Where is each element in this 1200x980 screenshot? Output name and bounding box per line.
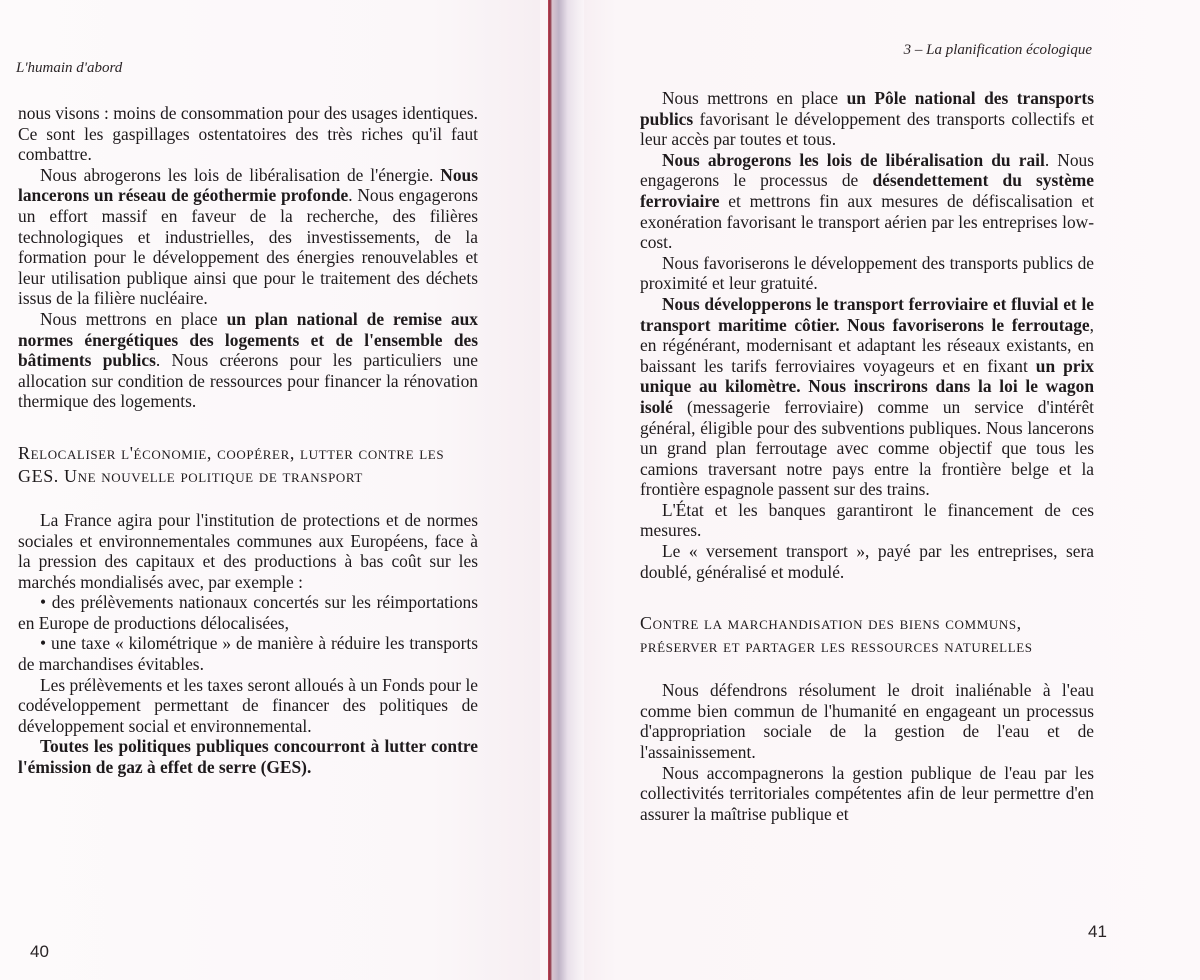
page-number-left: 40 <box>30 942 49 962</box>
paragraph: Nous défendrons résolument le droit inal… <box>640 680 1094 762</box>
paragraph: Les prélèvements et les taxes seront all… <box>18 675 478 737</box>
paragraph: Nous accompagnerons la gestion publique … <box>640 763 1094 825</box>
bullet-item: • des prélèvements nationaux concertés s… <box>18 592 478 633</box>
section-heading: Contre la marchandisation des biens comm… <box>640 612 1094 658</box>
paragraph: Nous mettrons en place un plan national … <box>18 309 478 412</box>
paragraph: Nous abrogerons les lois de libéralisati… <box>640 150 1094 253</box>
book-spread: L'humain d'abord nous visons : moins de … <box>0 0 1200 980</box>
paragraph: Nous développerons le transport ferrovia… <box>640 294 1094 500</box>
running-head-left: L'humain d'abord <box>16 60 122 77</box>
section-heading: Relocaliser l'économie, coopérer, lutter… <box>18 442 478 488</box>
running-head-right: 3 – La planification écologique <box>904 42 1092 59</box>
paragraph: nous visons : moins de consommation pour… <box>18 103 478 165</box>
book-spine <box>548 0 584 980</box>
left-page: L'humain d'abord nous visons : moins de … <box>0 0 540 980</box>
left-page-text: nous visons : moins de consommation pour… <box>18 103 478 778</box>
bullet-item: • une taxe « kilométrique » de manière à… <box>18 633 478 674</box>
paragraph: Nous abrogerons les lois de libéralisati… <box>18 165 478 309</box>
paragraph: La France agira pour l'institution de pr… <box>18 510 478 592</box>
paragraph: Nous mettrons en place un Pôle national … <box>640 88 1094 150</box>
page-number-right: 41 <box>1088 922 1107 942</box>
paragraph: Nous favoriserons le développement des t… <box>640 253 1094 294</box>
paragraph: Toutes les politiques publiques concourr… <box>18 736 478 777</box>
paragraph: Le « versement transport », payé par les… <box>640 541 1094 582</box>
right-page-text: Nous mettrons en place un Pôle national … <box>640 88 1094 824</box>
paragraph: L'État et les banques garantiront le fin… <box>640 500 1094 541</box>
